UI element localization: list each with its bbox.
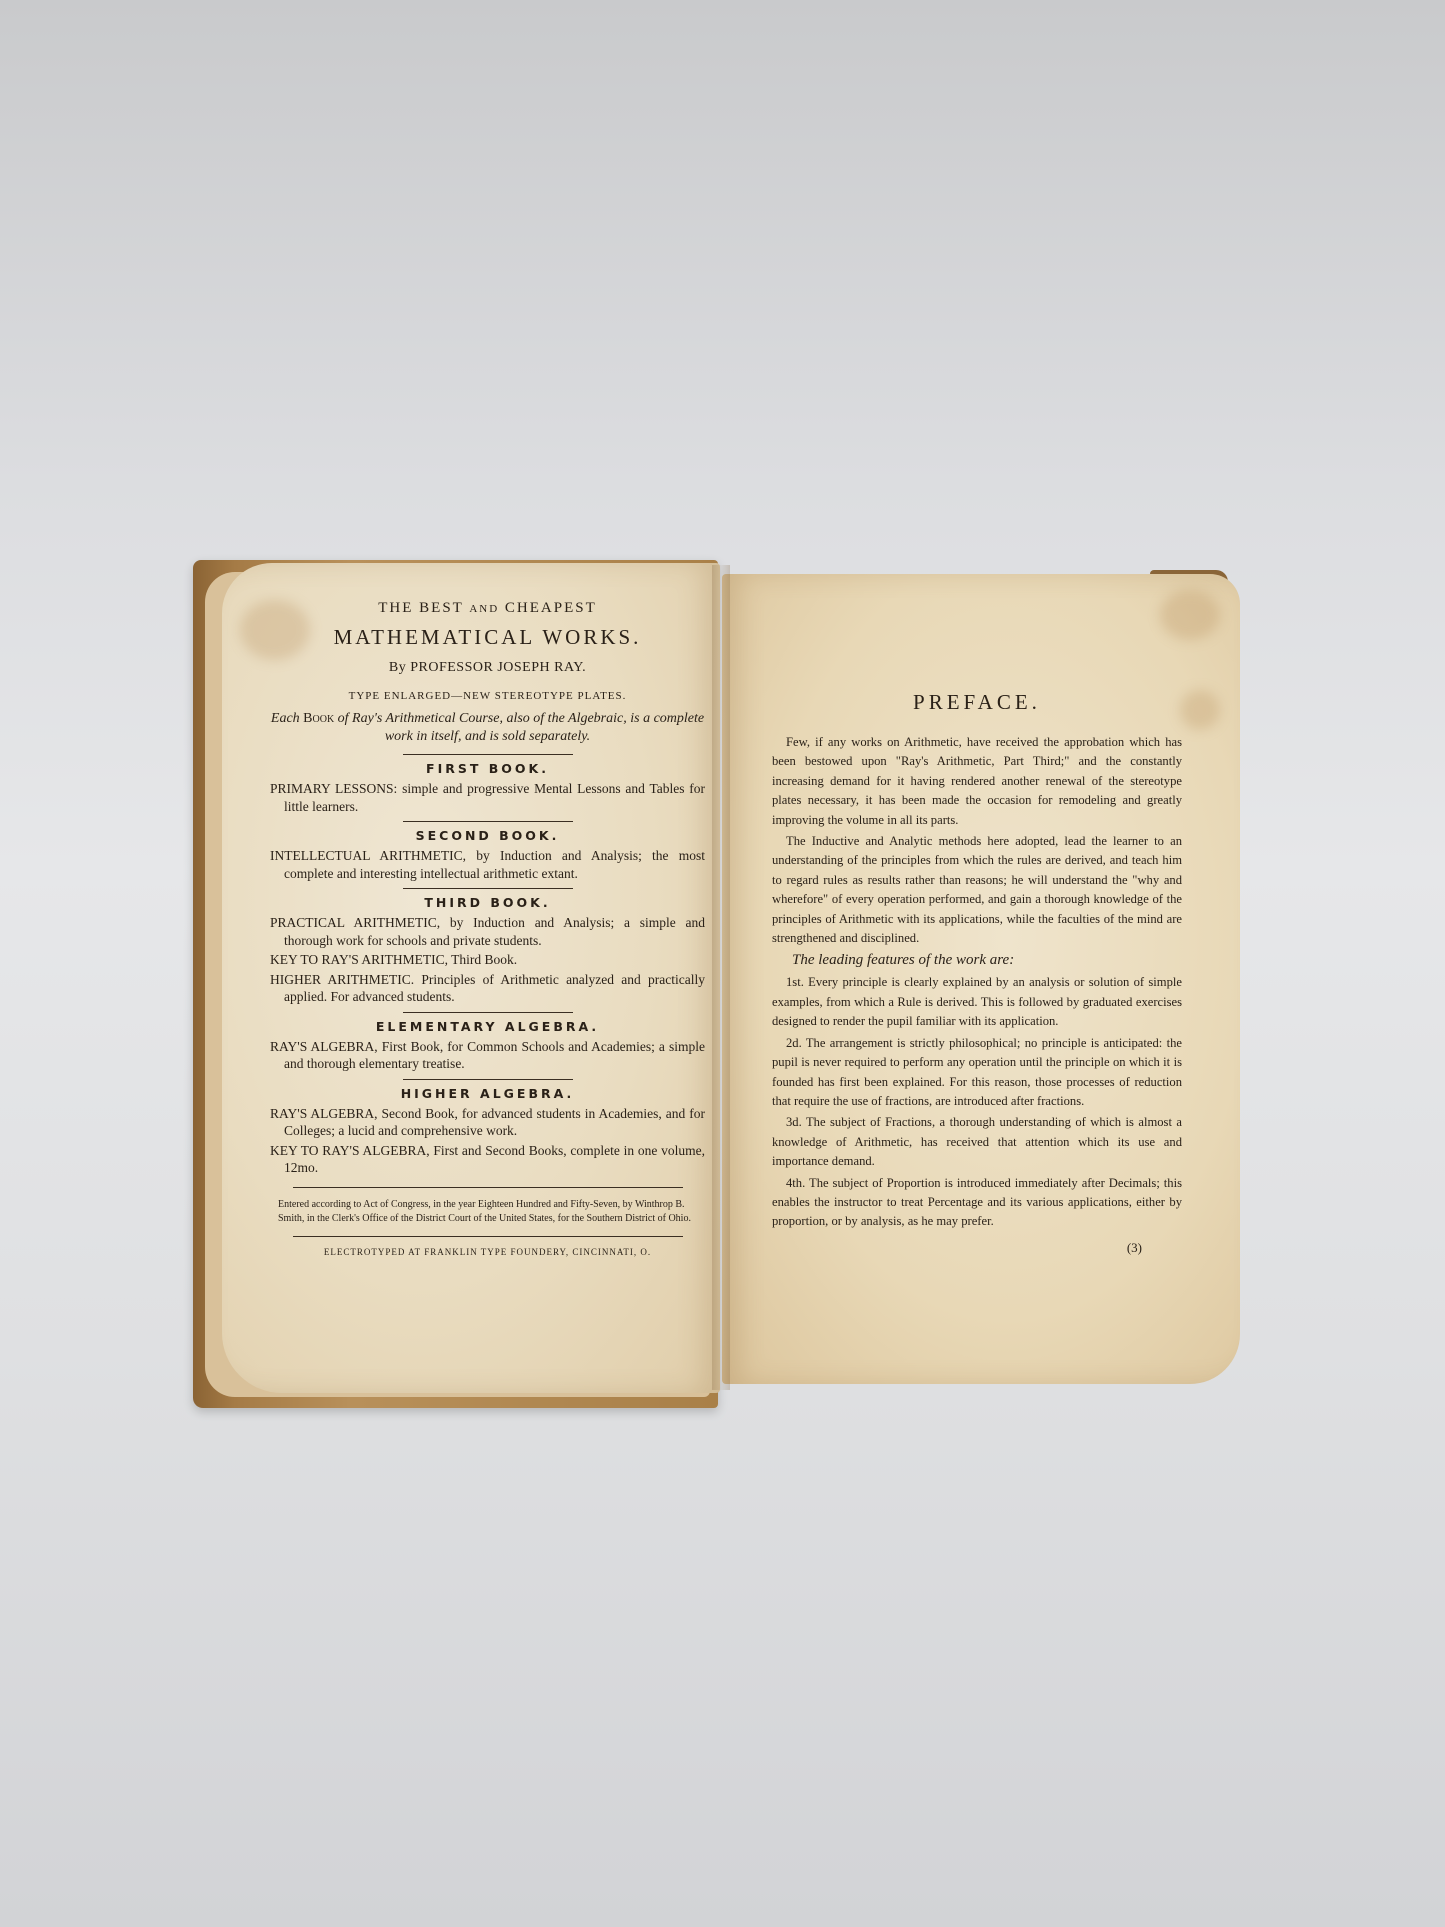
- copyright-notice: Entered according to Act of Congress, in…: [270, 1198, 705, 1226]
- features-heading: The leading features of the work are:: [792, 952, 1182, 969]
- divider: [403, 1012, 573, 1013]
- book-entry: KEY TO RAY'S ALGEBRA, First and Second B…: [270, 1142, 705, 1177]
- section-title: HIGHER ALGEBRA.: [270, 1086, 705, 1101]
- divider: [403, 1079, 573, 1080]
- feature-item: 3d. The subject of Fractions, a thorough…: [772, 1113, 1182, 1171]
- preface-heading: PREFACE.: [772, 690, 1182, 715]
- feature-item: 2d. The arrangement is strictly philosop…: [772, 1034, 1182, 1112]
- ad-title-line1: THE BEST AND CHEAPEST: [270, 600, 705, 617]
- preface-paragraph: Few, if any works on Arithmetic, have re…: [772, 733, 1182, 830]
- divider: [403, 821, 573, 822]
- book-gutter: [712, 565, 730, 1390]
- book-entry: RAY'S ALGEBRA, First Book, for Common Sc…: [270, 1038, 705, 1073]
- feature-item: 4th. The subject of Proportion is introd…: [772, 1174, 1182, 1232]
- divider: [293, 1236, 683, 1237]
- page-stain: [1160, 590, 1220, 640]
- section-title: SECOND BOOK.: [270, 828, 705, 843]
- divider: [403, 888, 573, 889]
- ad-course-note: Each Book of Ray's Arithmetical Course, …: [270, 710, 705, 746]
- advertisement-page: THE BEST AND CHEAPEST MATHEMATICAL WORKS…: [270, 600, 705, 1257]
- preface-paragraph: The Inductive and Analytic methods here …: [772, 832, 1182, 948]
- book-entry: PRIMARY LESSONS: simple and progressive …: [270, 780, 705, 815]
- printer-imprint: ELECTROTYPED AT FRANKLIN TYPE FOUNDERY, …: [270, 1247, 705, 1257]
- ad-author: By PROFESSOR JOSEPH RAY.: [270, 660, 705, 676]
- ad-title-line2: MATHEMATICAL WORKS.: [270, 625, 705, 650]
- book-entry: RAY'S ALGEBRA, Second Book, for advanced…: [270, 1105, 705, 1140]
- book-entry: PRACTICAL ARITHMETIC, by Induction and A…: [270, 914, 705, 949]
- page-number: (3): [772, 1240, 1182, 1256]
- section-title: ELEMENTARY ALGEBRA.: [270, 1019, 705, 1034]
- page-stain: [1180, 690, 1220, 730]
- book-entry: INTELLECTUAL ARITHMETIC, by Induction an…: [270, 847, 705, 882]
- preface-page: PREFACE. Few, if any works on Arithmetic…: [772, 690, 1182, 1256]
- open-book: THE BEST AND CHEAPEST MATHEMATICAL WORKS…: [0, 0, 1445, 1927]
- ad-edition-note: TYPE ENLARGED—NEW STEREOTYPE PLATES.: [270, 690, 705, 702]
- divider: [293, 1187, 683, 1188]
- feature-item: 1st. Every principle is clearly explaine…: [772, 973, 1182, 1031]
- book-entry: HIGHER ARITHMETIC. Principles of Arithme…: [270, 971, 705, 1006]
- section-title: THIRD BOOK.: [270, 895, 705, 910]
- section-title: FIRST BOOK.: [270, 761, 705, 776]
- book-entry: KEY TO RAY'S ARITHMETIC, Third Book.: [270, 951, 705, 969]
- divider: [403, 754, 573, 755]
